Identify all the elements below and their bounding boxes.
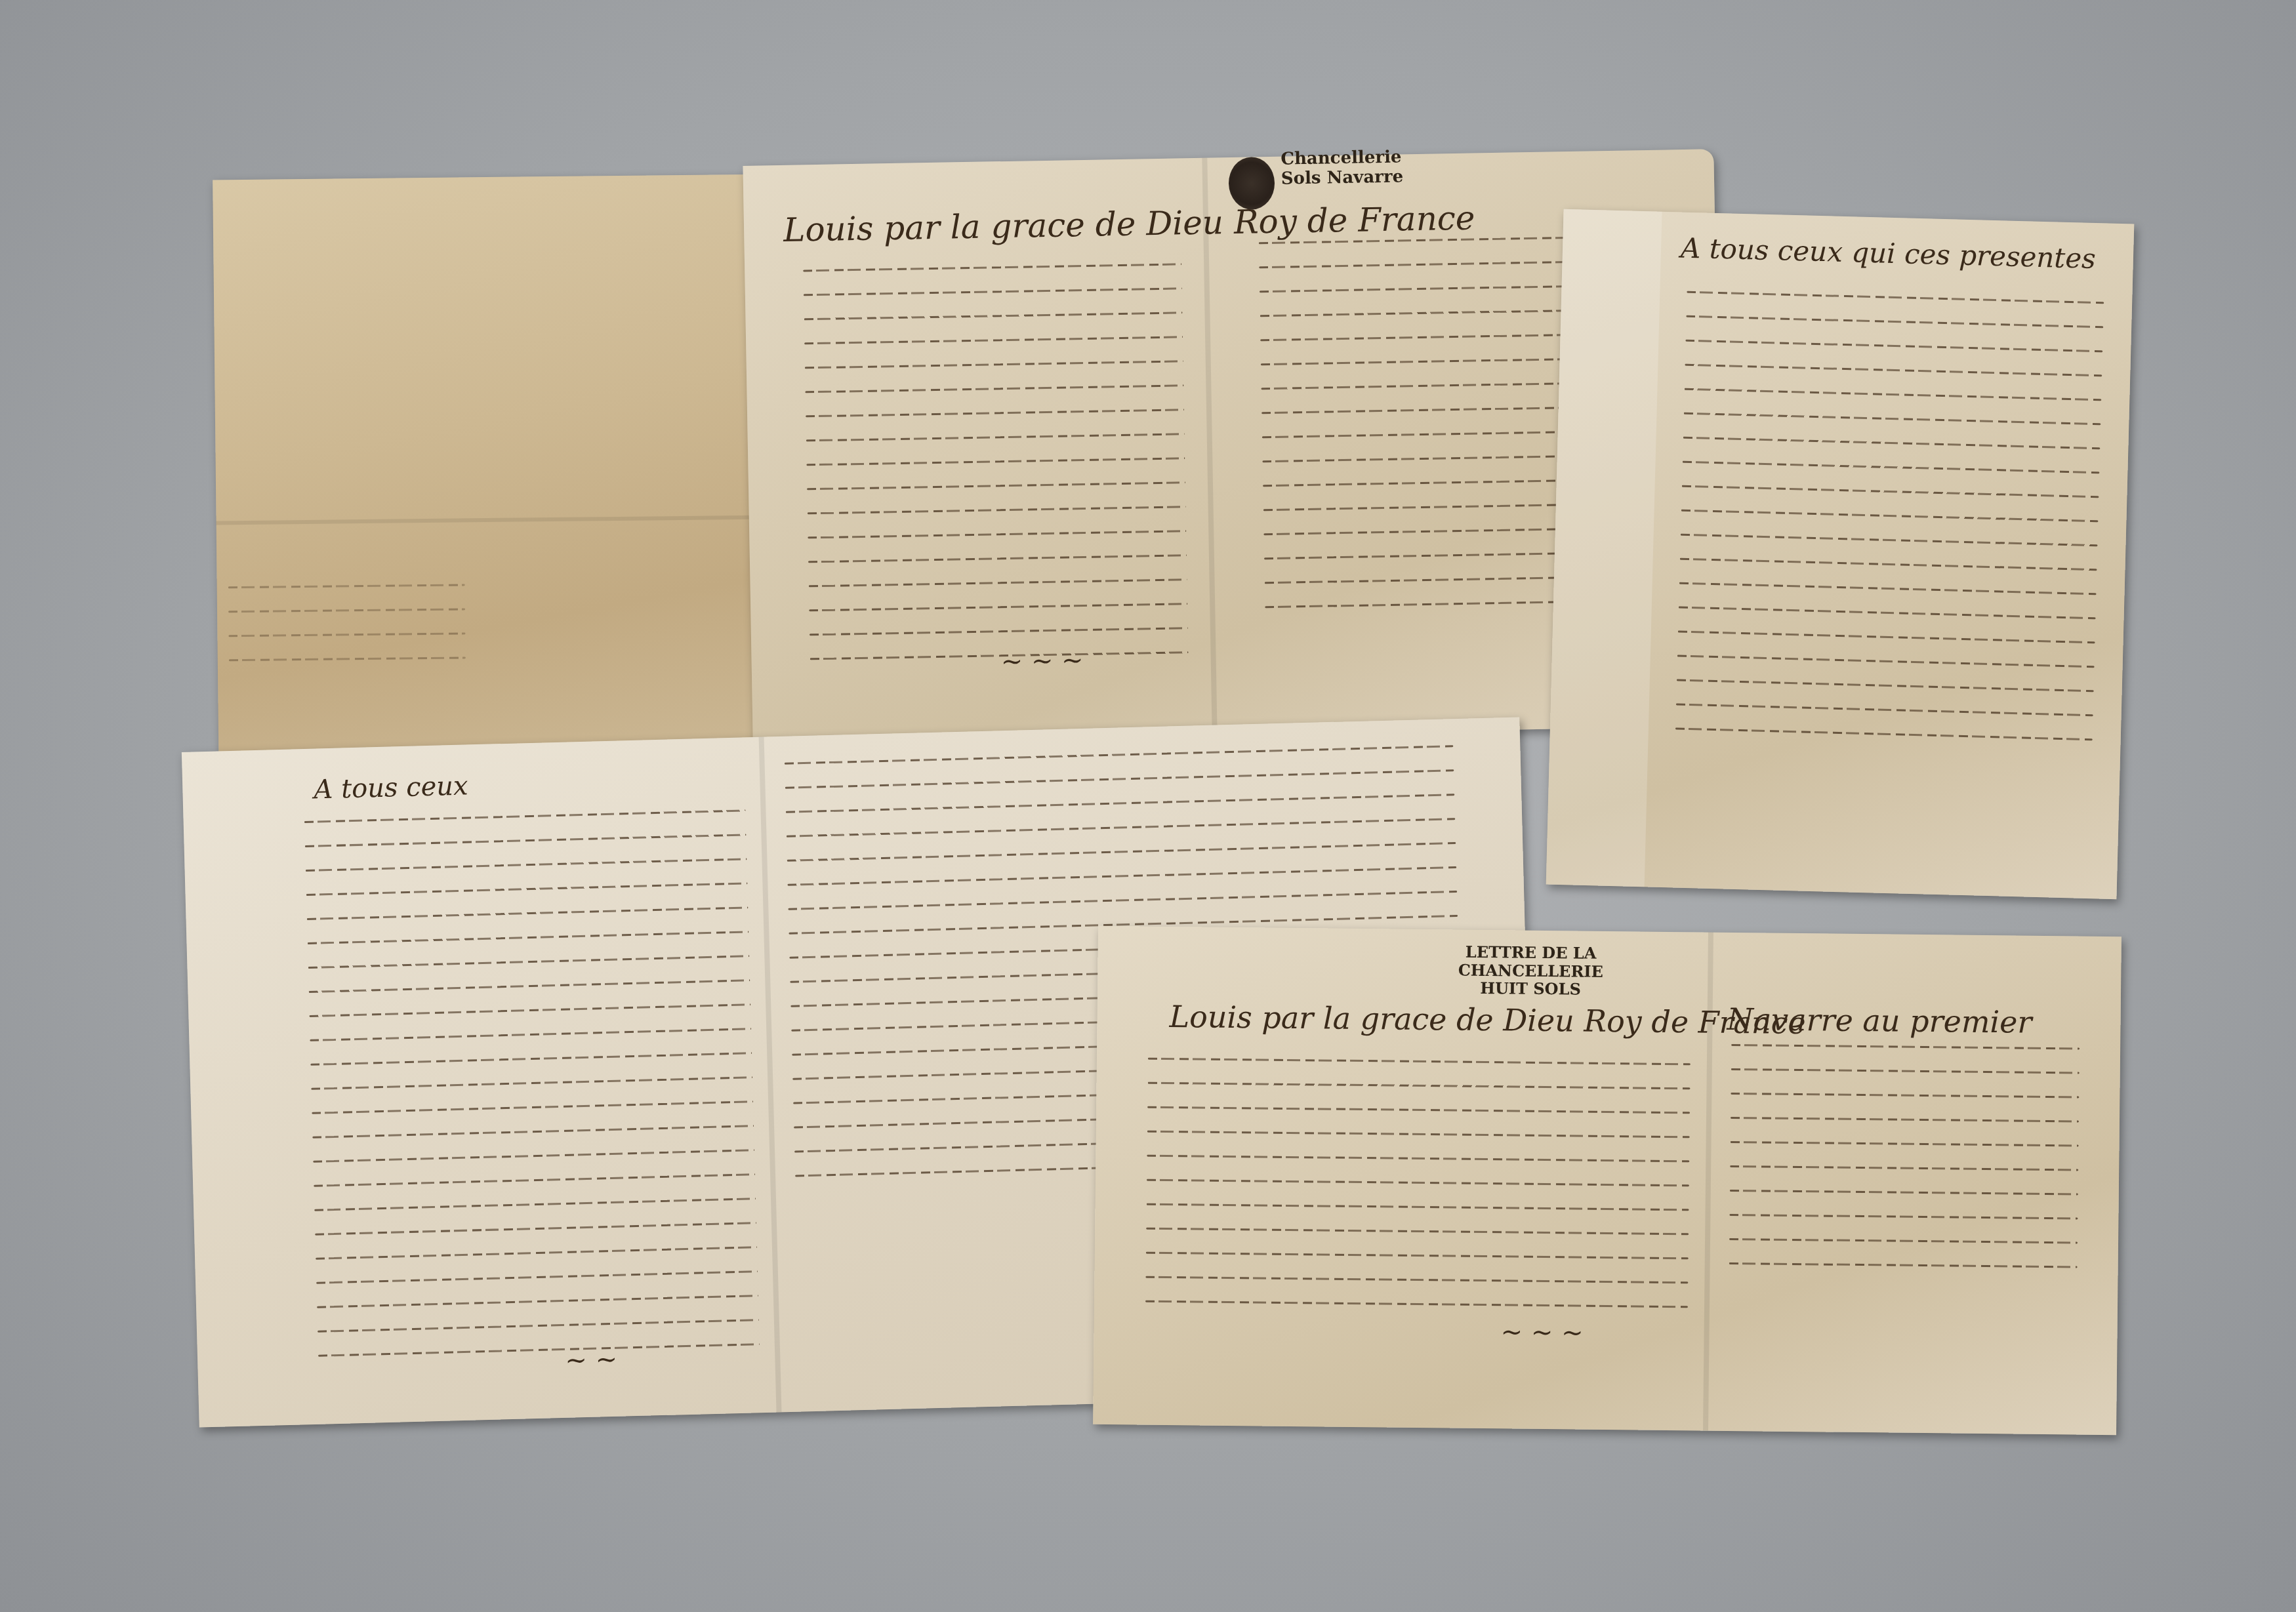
signature: ~ ~ ~ [1000,645,1084,677]
document-bottom-right: LETTRE DE LA CHANCELLERIE HUIT SOLS Loui… [1093,926,2122,1435]
fold-line [1202,158,1217,735]
document-heading: Louis par la grace de Dieu Roy de France [1169,999,1806,1041]
text-block-right [1729,1044,2080,1291]
document-right-bundle: A tous ceux qui ces presentes [1546,209,2135,899]
fold-line [759,737,782,1413]
signature: ~ ~ [565,1344,618,1376]
faint-endorsement [228,584,466,683]
chancery-stamp: LETTRE DE LA CHANCELLERIE HUIT SOLS [1393,942,1669,999]
text-block [1675,291,2103,763]
signature: ~ ~ ~ [1500,1317,1583,1348]
document-heading: A tous ceux [314,771,468,805]
chancery-stamp: Chancellerie Sols Navarre [1281,148,1403,189]
text-block-left [1145,1058,1691,1331]
fold-line [216,515,768,525]
text-block-left [304,809,760,1379]
document-heading: A tous ceux qui ces presentes [1681,232,2097,275]
seal-icon [1228,157,1275,210]
text-block-left [803,263,1189,682]
document-heading-continuation: Navarre au premier [1727,1001,2032,1040]
fold-flap [1546,209,1662,887]
